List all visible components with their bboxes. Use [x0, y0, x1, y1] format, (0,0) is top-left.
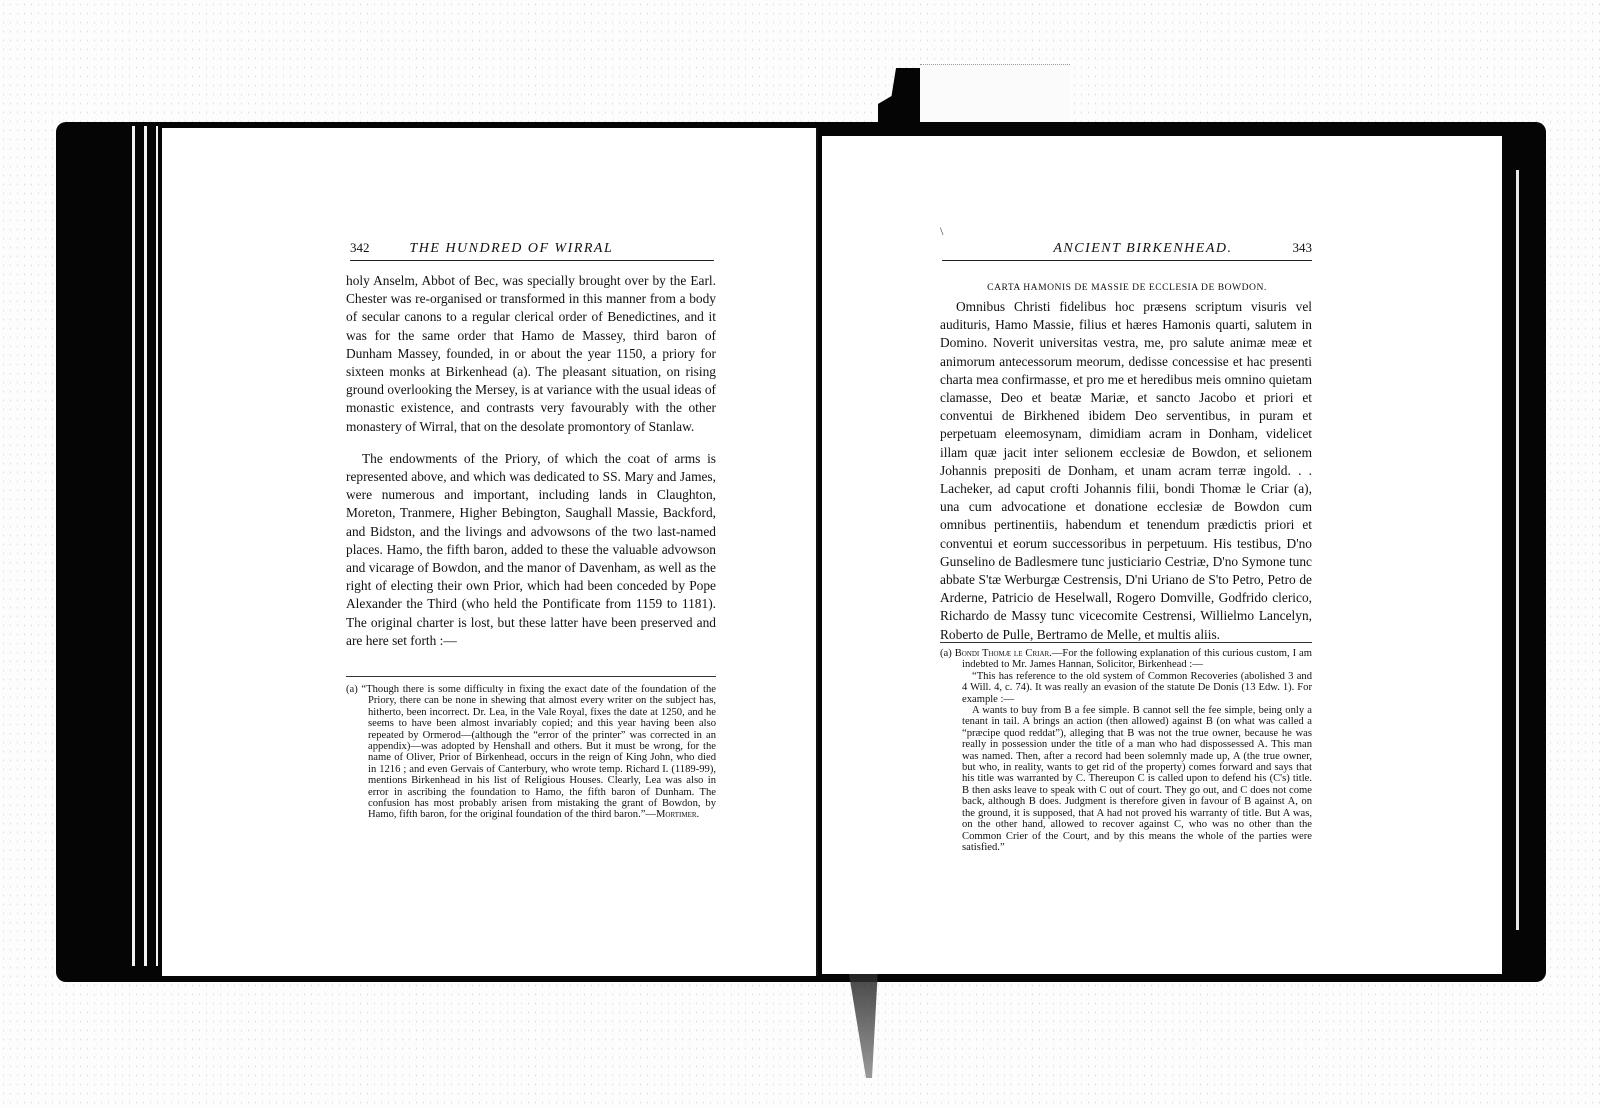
right-footnote-para-1: “This has reference to the old system of… [940, 671, 1312, 705]
left-running-head: 342 THE HUNDRED OF WIRRAL [350, 240, 714, 261]
right-footnote-para-2: A wants to buy from B a fee simple. B ca… [940, 705, 1312, 853]
right-footnote-heading: Bondi Thomæ le Criar. [955, 648, 1052, 659]
right-footnote-marker: (a) [940, 648, 952, 659]
right-body-text: Omnibus Christi fidelibus hoc præsens sc… [940, 298, 1312, 644]
left-page-number: 342 [350, 240, 370, 256]
right-page: \ ANCIENT BIRKENHEAD. 343 CARTA HAMONIS … [822, 136, 1502, 974]
charter-text: Omnibus Christi fidelibus hoc præsens sc… [940, 298, 1312, 644]
right-running-title: ANCIENT BIRKENHEAD. [1053, 241, 1232, 257]
left-running-title: THE HUNDRED OF WIRRAL [410, 241, 614, 257]
left-body-text: holy Anselm, Abbot of Bec, was specially… [346, 272, 716, 650]
left-footnote-attribution: Mortimer. [656, 809, 699, 820]
charter-title: CARTA HAMONIS DE MASSIE DE ECCLESIA DE B… [942, 282, 1312, 293]
left-page: 342 THE HUNDRED OF WIRRAL holy Anselm, A… [162, 128, 818, 976]
right-footnote: (a) Bondi Thomæ le Criar.—For the follow… [940, 648, 1312, 853]
left-footnote-text: “Though there is some difficulty in fixi… [361, 684, 716, 820]
page-edges-left [118, 126, 166, 966]
left-footnote: (a) “Though there is some difficulty in … [346, 684, 716, 821]
right-running-head: ANCIENT BIRKENHEAD. 343 [942, 240, 1312, 261]
left-paragraph-2: The endowments of the Priory, of which t… [346, 450, 716, 650]
pencil-mark: \ [940, 224, 943, 239]
left-paragraph-1: holy Anselm, Abbot of Bec, was specially… [346, 272, 716, 436]
left-footnote-marker: (a) [346, 684, 358, 695]
right-page-number: 343 [1293, 240, 1313, 256]
page-edges-right [1516, 170, 1519, 930]
right-footnote-rule [940, 642, 1312, 643]
left-footnote-rule [346, 676, 716, 677]
